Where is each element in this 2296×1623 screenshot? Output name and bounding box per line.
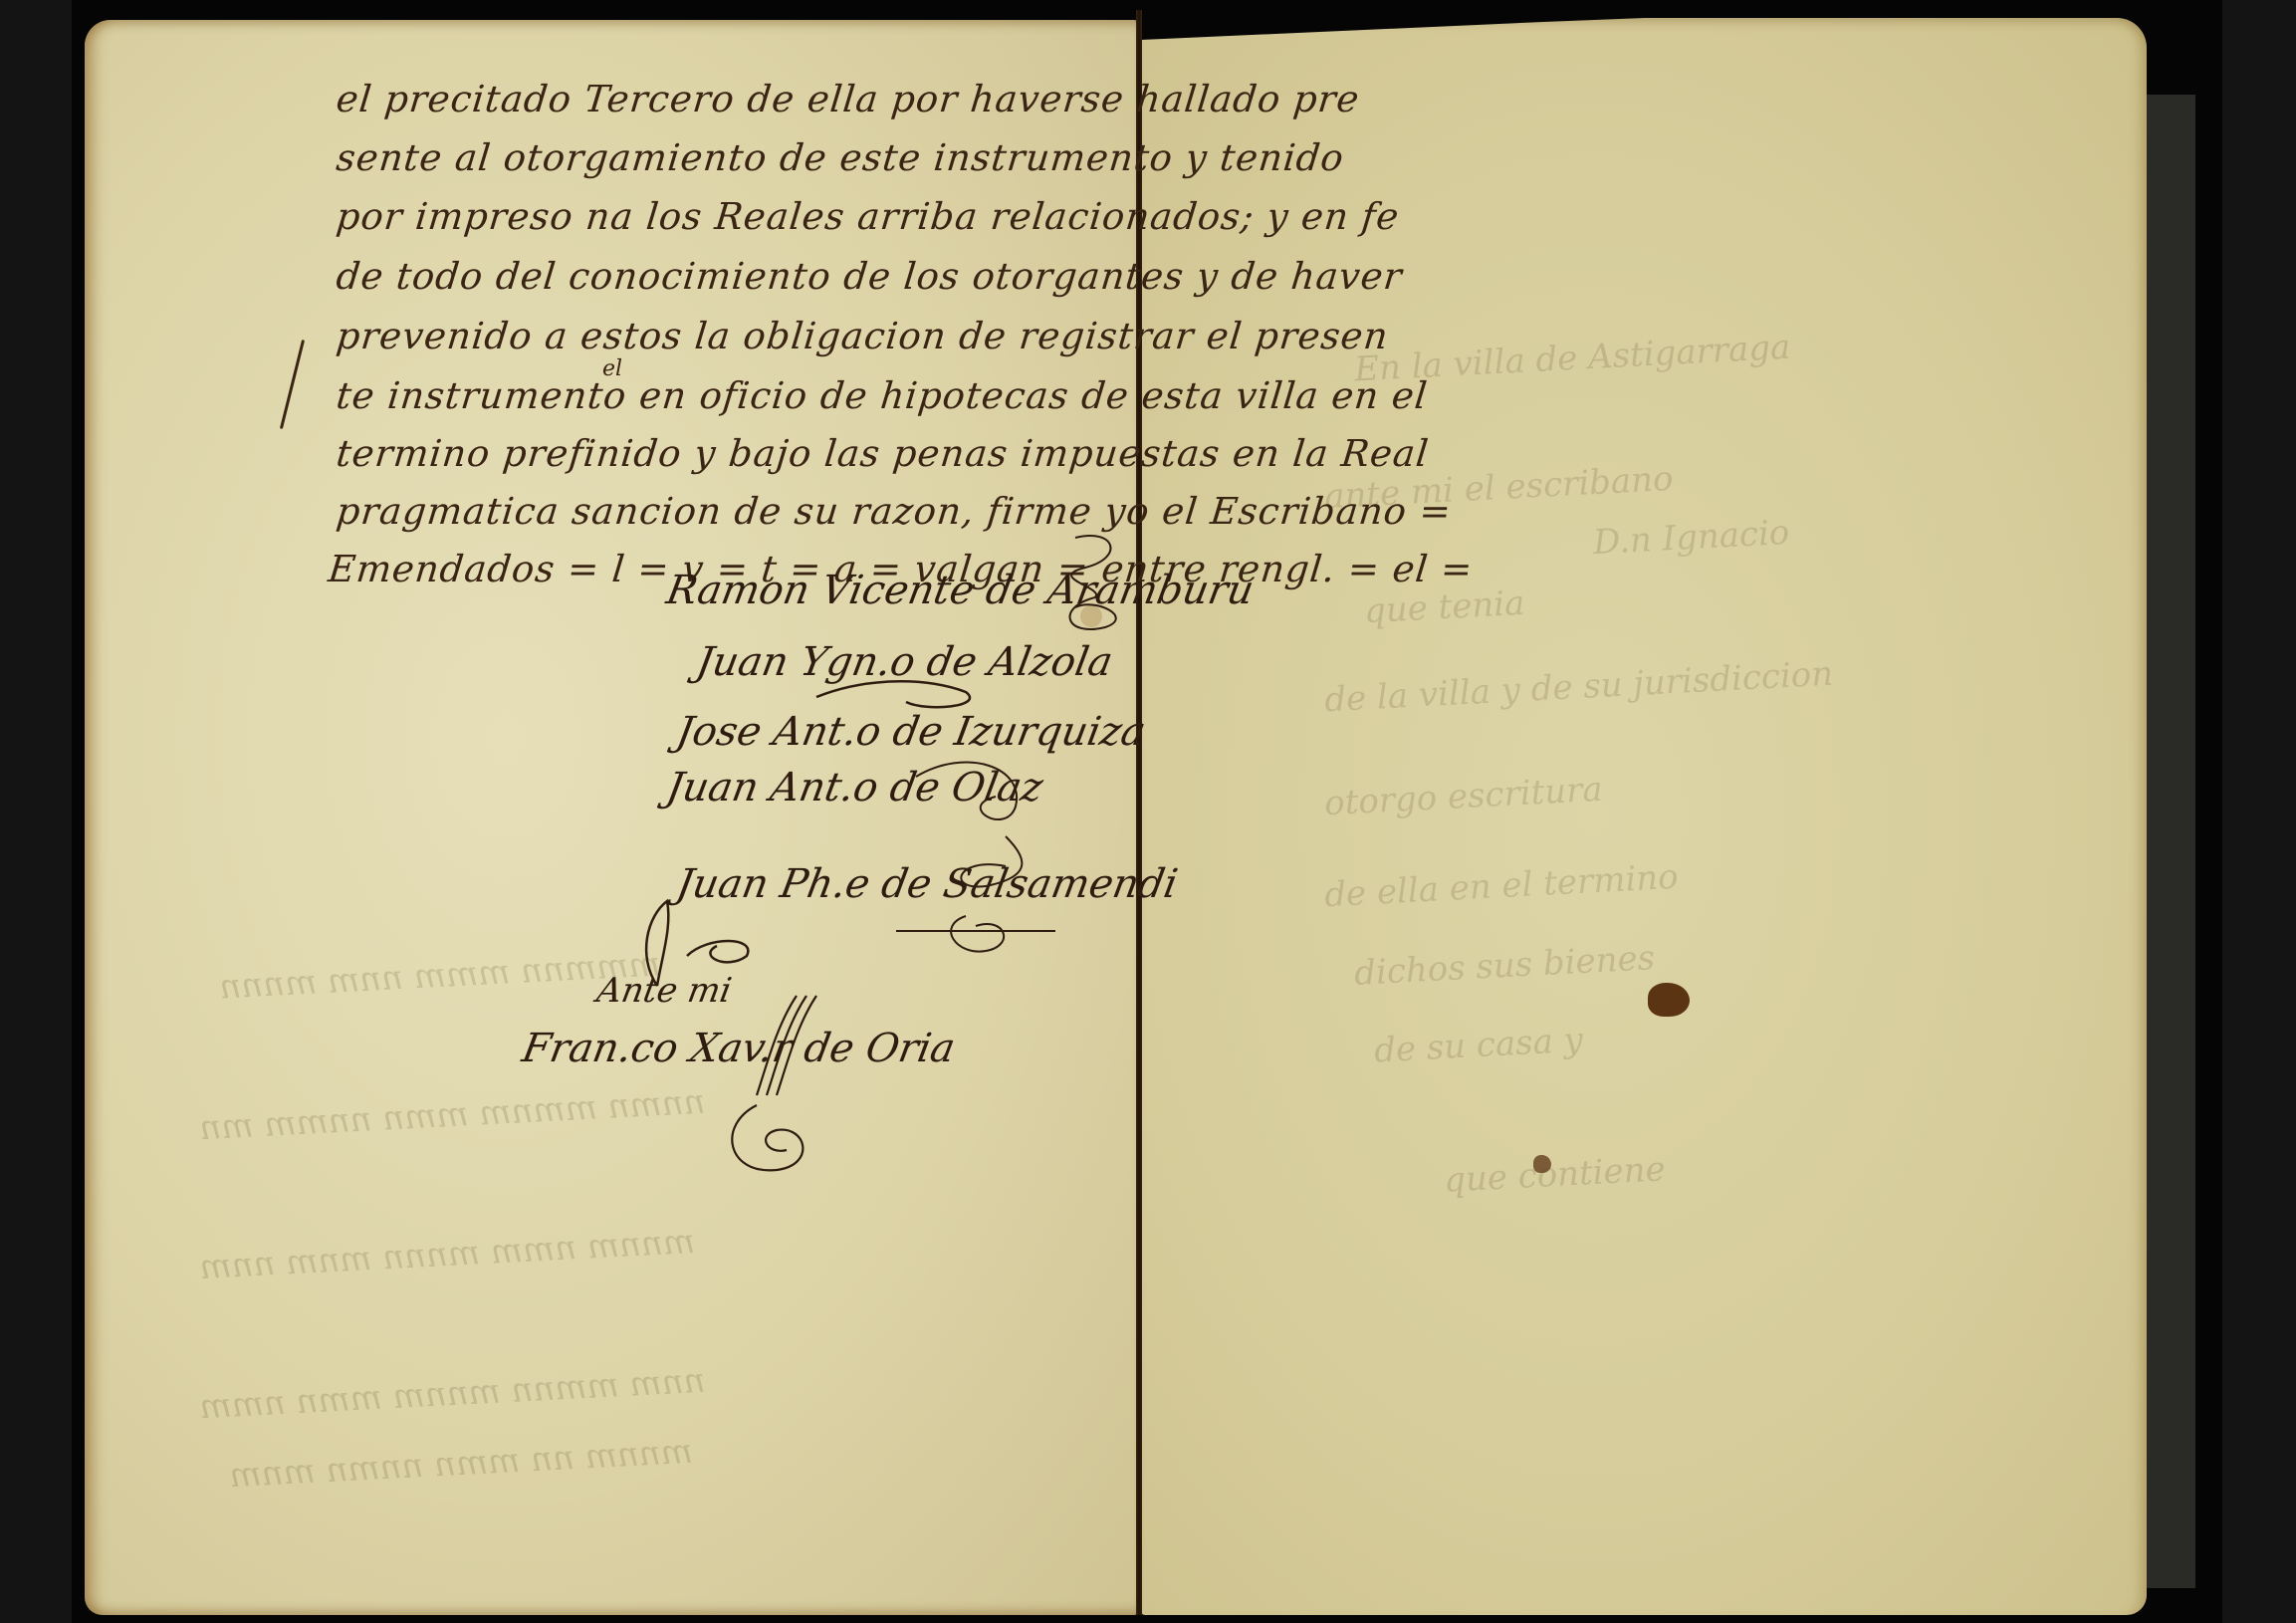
manuscript-line: pragmatica sancion de su razon, firme yo… [335,490,1454,533]
ink-stain [1648,983,1690,1017]
book-spine-gutter [1136,10,1142,1615]
manuscript-line: el precitado Tercero de ella por haverse… [335,78,1362,120]
signature: Ramon Vicente de Aramburu [663,568,1258,613]
manuscript-line: te instrumento en oficio de hipotecas de… [335,374,1430,417]
bleed-through-text: que tenia [1363,583,1525,631]
manuscript-line: termino prefinido y bajo las penas impue… [335,432,1432,475]
page-shadow [2141,95,2195,1588]
manuscript-line: prevenido a estos la obligacion de regis… [335,315,1391,357]
manuscript-line: sente al otorgamiento de este instrument… [335,136,1346,179]
signature-flourish [1035,528,1135,647]
ink-stain [1533,1155,1551,1173]
signature-flourish [597,896,757,996]
signature-flourish [896,906,1065,966]
manuscript-line: de todo del conocimiento de los otorgant… [335,255,1405,298]
manuscript-line: por impreso na los Reales arriba relacio… [335,195,1402,238]
notary-rubric [697,986,856,1185]
